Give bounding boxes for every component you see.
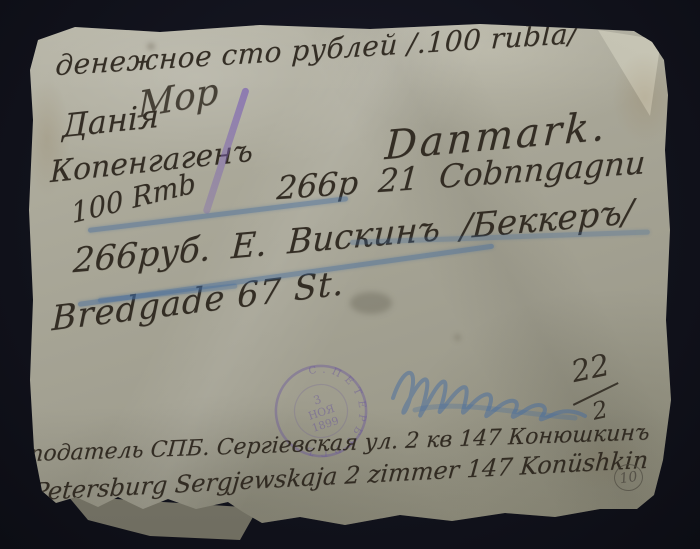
envelope: С.ПЕТЕРБУРГЪ 3 НОЯ 1899 денежное сто руб… [0, 0, 700, 549]
ink-smudge [350, 292, 392, 314]
blue-pencil-signature [385, 352, 600, 432]
paper-stain [612, 52, 678, 144]
envelope-photo: С.ПЕТЕРБУРГЪ 3 НОЯ 1899 денежное сто руб… [0, 0, 700, 549]
circled-number-value: 10 [619, 468, 639, 486]
ink-speck [455, 335, 460, 340]
